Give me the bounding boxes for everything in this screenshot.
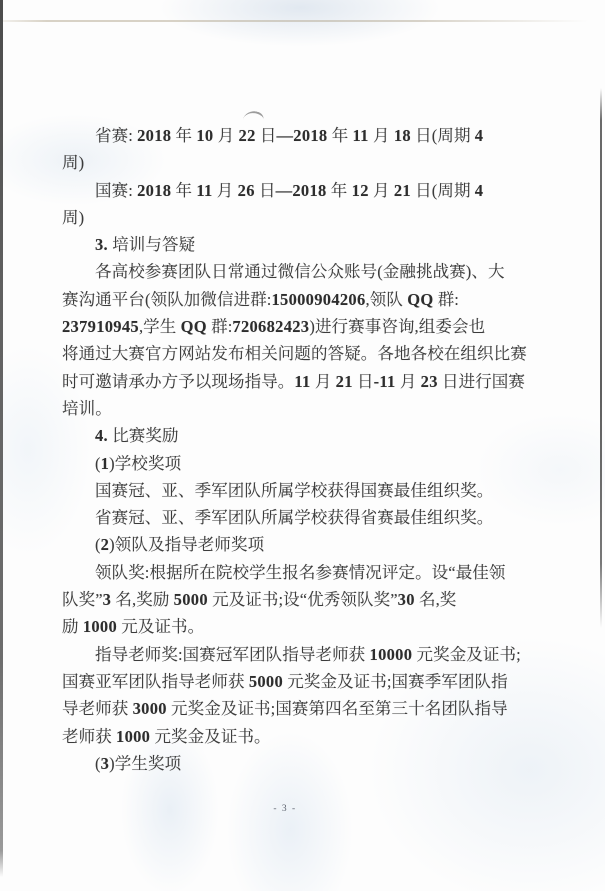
text-segment: 元奖金及证书;国赛季军团队指	[283, 672, 508, 691]
text-segment-number: 1000	[116, 727, 150, 746]
text-segment-number: 15000904206	[271, 290, 365, 309]
text-segment-number: 3.	[95, 235, 108, 254]
text-segment: 省赛:	[95, 126, 137, 145]
text-line: 领队奖:根据所在院校学生报名参赛情况评定。设“最佳领	[62, 559, 540, 586]
text-line: 3. 培训与答疑	[62, 231, 540, 258]
text-segment: 队奖”	[62, 590, 103, 609]
text-segment: 年	[327, 126, 352, 145]
text-segment-number: 1	[101, 454, 110, 473]
text-segment-number: 2018	[137, 181, 171, 200]
text-segment: )学生奖项	[109, 754, 181, 773]
text-segment: ,领队	[366, 290, 408, 309]
text-segment: )领队及指导老师奖项	[109, 535, 264, 554]
text-segment-number: 3	[103, 590, 112, 609]
text-segment: 元奖金及证书。	[150, 727, 270, 746]
text-segment: 日(周期	[411, 126, 475, 145]
text-segment: 日	[256, 126, 277, 145]
text-segment-number: 30	[398, 590, 415, 609]
text-segment: 指导老师奖:国赛冠军团队指导老师获	[95, 645, 370, 664]
text-segment: 培训与答疑	[108, 235, 195, 254]
text-segment-number: 3000	[133, 699, 167, 718]
text-segment-number: 26	[238, 181, 255, 200]
text-segment: 励	[62, 617, 83, 636]
text-segment: 月	[311, 372, 336, 391]
text-segment-number: 18	[394, 126, 411, 145]
text-segment-number: 720682423	[232, 317, 309, 336]
text-segment-number: 11	[353, 126, 369, 145]
text-segment: 月	[369, 181, 394, 200]
text-segment-number: 4.	[95, 426, 108, 445]
text-segment-number: 21	[394, 181, 411, 200]
text-line: 励 1000 元及证书。	[62, 613, 540, 640]
text-segment: 各高校参赛团队日常通过微信公众账号(金融挑战赛)、大	[95, 262, 505, 281]
text-segment: 日	[255, 181, 276, 200]
scanned-document-page: 省赛: 2018 年 10 月 22 日—2018 年 11 月 18 日(周期…	[0, 0, 605, 891]
text-segment: 群:	[433, 290, 459, 309]
text-line: 国赛冠、亚、季军团队所属学校获得国赛最佳组织奖。	[62, 477, 540, 504]
text-segment-number: 237910945	[62, 317, 139, 336]
text-segment-number: 21	[336, 372, 353, 391]
text-segment: 周)	[62, 208, 84, 227]
text-segment-number: 22	[239, 126, 256, 145]
text-segment-number: 5000	[174, 590, 208, 609]
text-line: 老师获 1000 元奖金及证书。	[62, 723, 540, 750]
text-line: 各高校参赛团队日常通过微信公众账号(金融挑战赛)、大	[62, 258, 540, 285]
text-segment-number: 10	[196, 126, 213, 145]
text-line: (3)学生奖项	[62, 750, 540, 777]
text-segment: 培训。	[62, 399, 112, 418]
text-line: 导老师获 3000 元奖金及证书;国赛第四名至第三十名团队指导	[62, 695, 540, 722]
text-segment: ,学生	[139, 317, 181, 336]
text-line: 培训。	[62, 395, 540, 422]
text-line: 国赛亚军团队指导老师获 5000 元奖金及证书;国赛季军团队指	[62, 668, 540, 695]
text-segment: 国赛:	[95, 181, 137, 200]
text-line: 省赛冠、亚、季军团队所属学校获得省赛最佳组织奖。	[62, 504, 540, 531]
page-number: - 3 -	[52, 804, 518, 814]
text-line: (2)领队及指导老师奖项	[62, 531, 540, 558]
text-segment: 月	[369, 126, 394, 145]
text-segment: 元及证书;设“优秀领队奖”	[208, 590, 398, 609]
text-line: 队奖”3 名,奖励 5000 元及证书;设“优秀领队奖”30 名,奖	[62, 586, 540, 613]
text-segment-number: QQ	[407, 290, 433, 309]
text-line: 赛沟通平台(领队加微信进群:15000904206,领队 QQ 群:	[62, 286, 540, 313]
text-segment-number: 11	[294, 372, 310, 391]
text-segment-number: 4	[475, 126, 484, 145]
text-segment: 元奖金及证书;国赛第四名至第三十名团队指导	[167, 699, 508, 718]
text-segment: 日	[353, 372, 374, 391]
text-segment: 群:	[207, 317, 233, 336]
text-segment-number: 1000	[83, 617, 117, 636]
text-segment-number: 12	[352, 181, 369, 200]
document-text: 省赛: 2018 年 10 月 22 日—2018 年 11 月 18 日(周期…	[62, 122, 540, 777]
text-segment: 月	[213, 181, 238, 200]
text-segment: 导老师获	[62, 699, 133, 718]
text-line: 周)	[62, 149, 540, 176]
text-segment-number: 2	[101, 535, 110, 554]
text-line: 237910945,学生 QQ 群:720682423)进行赛事咨询,组委会也	[62, 313, 540, 340]
scan-top-edge-artifact	[0, 20, 588, 22]
text-segment: 名,奖励	[111, 590, 173, 609]
text-segment: 日进行国赛	[438, 372, 525, 391]
text-segment-number: 3	[101, 754, 110, 773]
text-segment: 年	[327, 181, 352, 200]
text-segment: 国赛亚军团队指导老师获	[62, 672, 249, 691]
text-line: 周)	[62, 204, 540, 231]
text-line: 指导老师奖:国赛冠军团队指导老师获 10000 元奖金及证书;	[62, 641, 540, 668]
text-segment: 年	[171, 181, 196, 200]
text-segment: 领队奖:根据所在院校学生报名参赛情况评定。设“最佳领	[95, 563, 506, 582]
text-segment: 周)	[62, 153, 84, 172]
text-segment-number: -11	[374, 372, 396, 391]
text-line: 时可邀请承办方予以现场指导。11 月 21 日-11 月 23 日进行国赛	[62, 368, 540, 395]
text-segment: 元奖金及证书;	[412, 645, 521, 664]
text-segment: 元及证书。	[117, 617, 204, 636]
scan-right-edge-artifact	[600, 88, 602, 628]
text-segment: 将通过大赛官方网站发布相关问题的答疑。各地各校在组织比赛	[62, 344, 527, 363]
text-segment: )学校奖项	[109, 454, 181, 473]
text-line: 省赛: 2018 年 10 月 22 日—2018 年 11 月 18 日(周期…	[62, 122, 540, 149]
text-segment-number: 11	[196, 181, 212, 200]
text-segment: 赛沟通平台(领队加微信进群:	[62, 290, 271, 309]
text-segment: 名,奖	[415, 590, 457, 609]
text-line: 4. 比赛奖励	[62, 422, 540, 449]
text-line: (1)学校奖项	[62, 450, 540, 477]
text-segment: 时可邀请承办方予以现场指导。	[62, 372, 294, 391]
text-segment: 比赛奖励	[108, 426, 179, 445]
text-segment-number: QQ	[181, 317, 207, 336]
text-line: 国赛: 2018 年 11 月 26 日—2018 年 12 月 21 日(周期…	[62, 177, 540, 204]
text-line: 将通过大赛官方网站发布相关问题的答疑。各地各校在组织比赛	[62, 340, 540, 367]
text-segment: 老师获	[62, 727, 116, 746]
text-segment-number: 10000	[370, 645, 413, 664]
scan-left-edge-artifact	[0, 0, 3, 877]
text-segment: 月	[213, 126, 238, 145]
text-segment-number: —2018	[276, 181, 327, 200]
text-segment: 省赛冠、亚、季军团队所属学校获得省赛最佳组织奖。	[95, 508, 493, 527]
text-segment-number: —2018	[276, 126, 327, 145]
text-segment-number: 2018	[137, 126, 171, 145]
text-segment-number: 23	[421, 372, 438, 391]
text-segment: )进行赛事咨询,组委会也	[309, 317, 485, 336]
text-segment: 年	[171, 126, 196, 145]
text-segment-number: 4	[475, 181, 484, 200]
text-segment-number: 5000	[249, 672, 283, 691]
text-segment: 月	[396, 372, 421, 391]
text-segment: 国赛冠、亚、季军团队所属学校获得国赛最佳组织奖。	[95, 481, 493, 500]
text-segment: 日(周期	[411, 181, 475, 200]
